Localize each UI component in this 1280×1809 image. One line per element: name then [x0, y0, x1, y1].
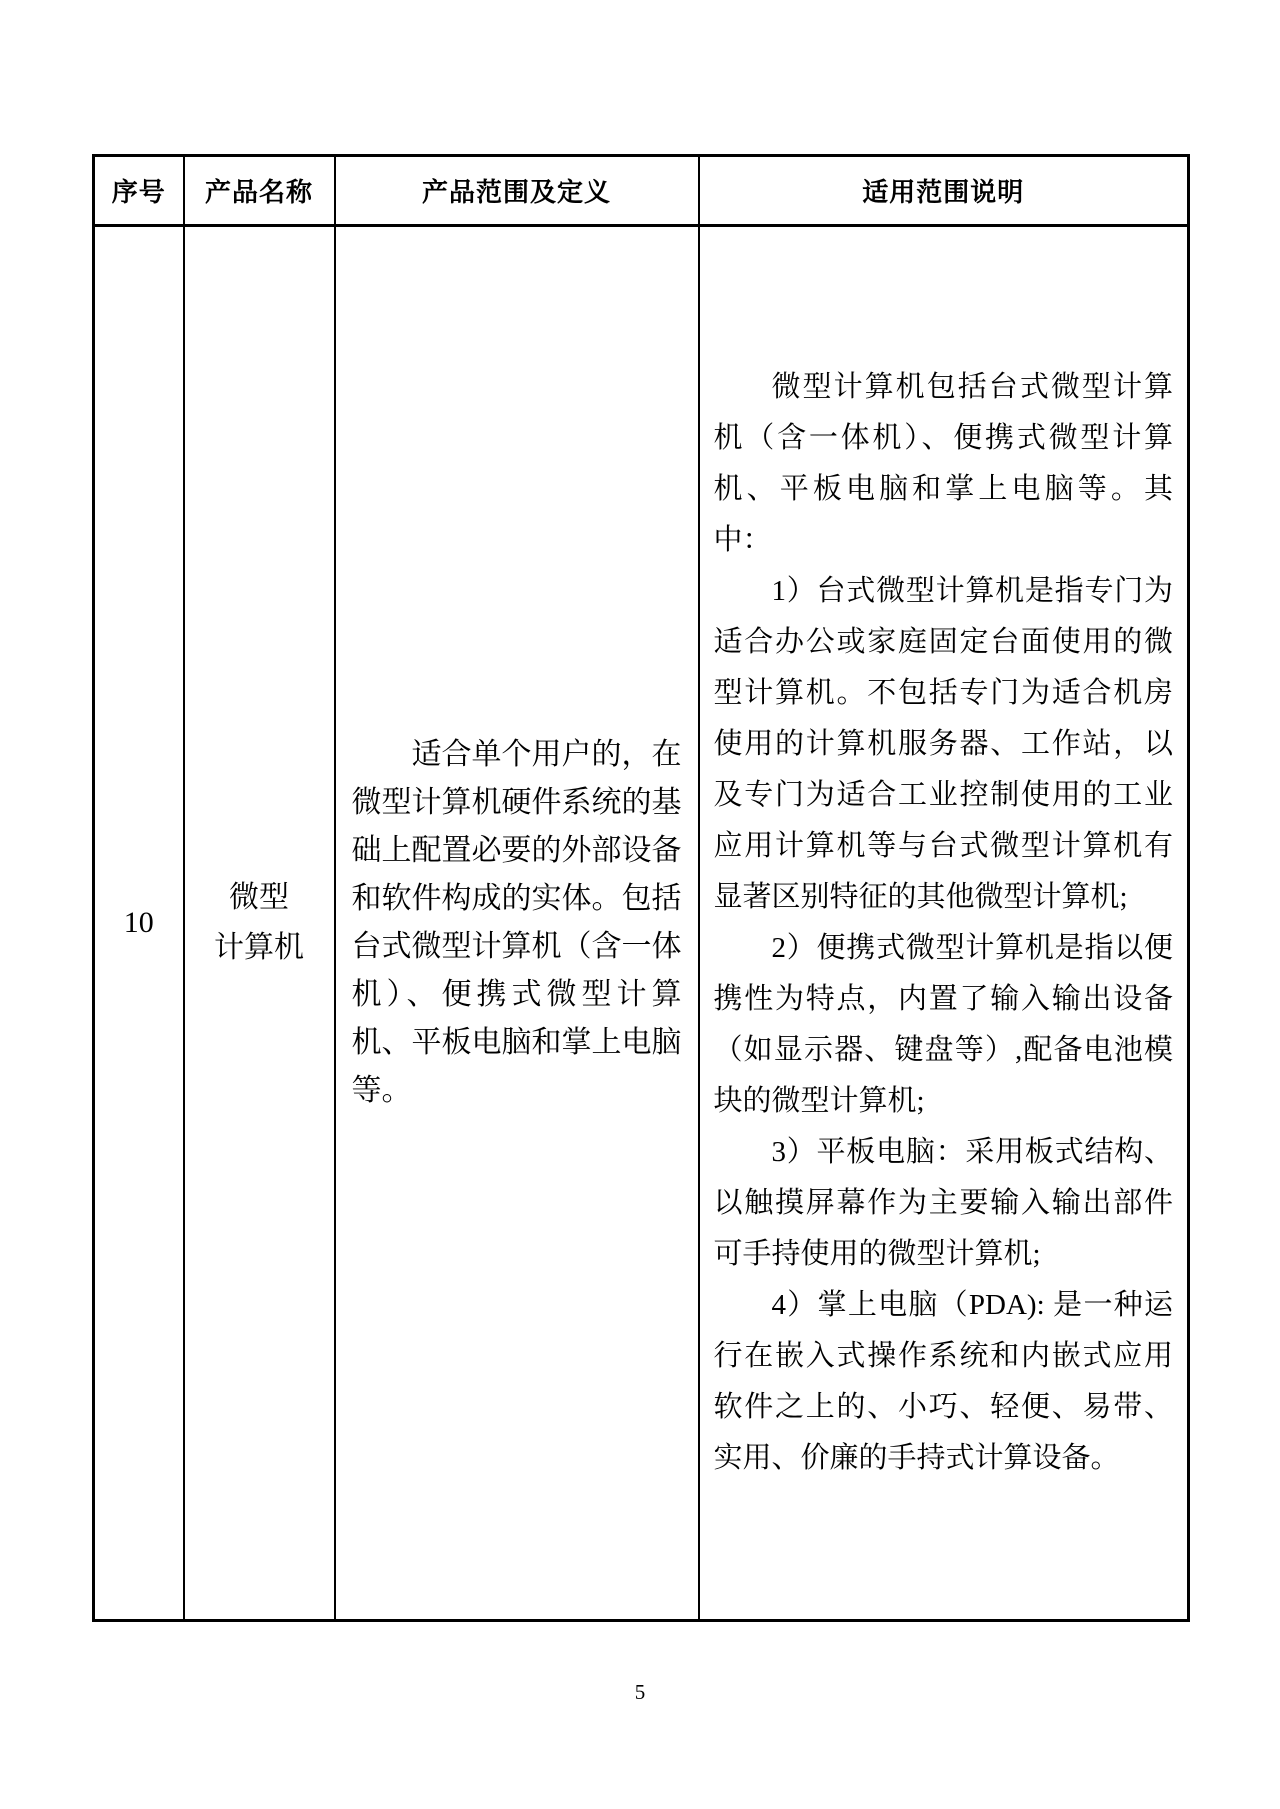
header-serial-number: 序号 — [94, 156, 184, 226]
scope-paragraph: 2）便携式微型计算机是指以便携性为特点，内置了输入输出设备（如显示器、键盘等）,… — [714, 923, 1174, 1127]
cell-serial-number: 10 — [94, 226, 184, 1621]
definition-paragraph: 适合单个用户的，在微型计算机硬件系统的基础上配置必要的外部设备和软件构成的实体。… — [352, 731, 682, 1115]
product-definition-table: 序号 产品名称 产品范围及定义 适用范围说明 10 微型 计算机 适合单个用户的… — [92, 154, 1190, 1622]
header-product-scope-definition: 产品范围及定义 — [335, 156, 699, 226]
table-row: 10 微型 计算机 适合单个用户的，在微型计算机硬件系统的基础上配置必要的外部设… — [94, 226, 1189, 1621]
cell-applicable-scope: 微型计算机包括台式微型计算机（含一体机）、便携式微型计算机、平板电脑和掌上电脑等… — [699, 226, 1189, 1621]
scope-paragraph: 微型计算机包括台式微型计算机（含一体机）、便携式微型计算机、平板电脑和掌上电脑等… — [714, 362, 1174, 566]
header-applicable-scope: 适用范围说明 — [699, 156, 1189, 226]
header-product-name: 产品名称 — [184, 156, 335, 226]
scope-paragraph: 1）台式微型计算机是指专门为适合办公或家庭固定台面使用的微型计算机。不包括专门为… — [714, 566, 1174, 923]
scope-paragraph: 4）掌上电脑（PDA): 是一种运行在嵌入式操作系统和内嵌式应用软件之上的、小巧… — [714, 1280, 1174, 1484]
product-name-line: 微型 — [186, 873, 333, 923]
cell-product-name: 微型 计算机 — [184, 226, 335, 1621]
table-header-row: 序号 产品名称 产品范围及定义 适用范围说明 — [94, 156, 1189, 226]
product-name-line: 计算机 — [186, 923, 333, 973]
cell-scope-definition: 适合单个用户的，在微型计算机硬件系统的基础上配置必要的外部设备和软件构成的实体。… — [335, 226, 699, 1621]
scope-paragraph: 3）平板电脑：采用板式结构、以触摸屏幕作为主要输入输出部件可手持使用的微型计算机… — [714, 1127, 1174, 1280]
page-number: 5 — [0, 1680, 1280, 1705]
